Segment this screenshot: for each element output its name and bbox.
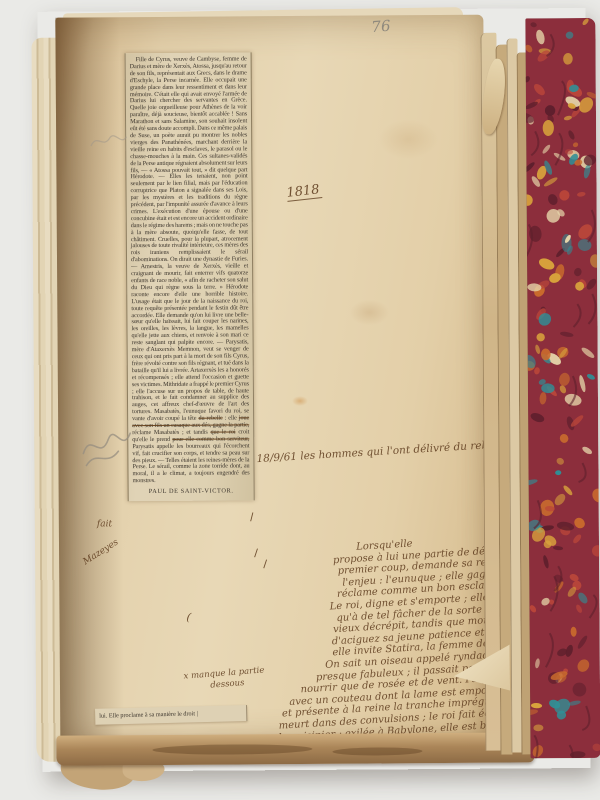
margin-note-fait: fait [97, 519, 112, 529]
clipping-paragraph: Fille de Cyrus, veuve de Cambyse, femme … [130, 56, 250, 485]
pencil-scribble [80, 409, 136, 473]
paper-stain [349, 299, 389, 325]
clipping-signature: PAUL DE SAINT-VICTOR. [133, 488, 250, 496]
photo-of-open-book: Fille de Cyrus, veuve de Cambyse, femme … [0, 0, 600, 800]
pencil-scribble [88, 129, 128, 155]
newspaper-clipping: Fille de Cyrus, veuve de Cambyse, femme … [125, 52, 255, 501]
paper-stain [378, 119, 438, 159]
printed-text: Parysatis appelle les bourreaux qui l'éc… [132, 442, 249, 484]
printed-text: Fille de Cyrus, veuve de Cambyse, femme … [130, 55, 249, 422]
paper-stain [292, 396, 308, 406]
marbled-cover [525, 18, 600, 758]
pencil-page-number: 76 [371, 17, 391, 36]
marble-pattern [525, 18, 600, 758]
